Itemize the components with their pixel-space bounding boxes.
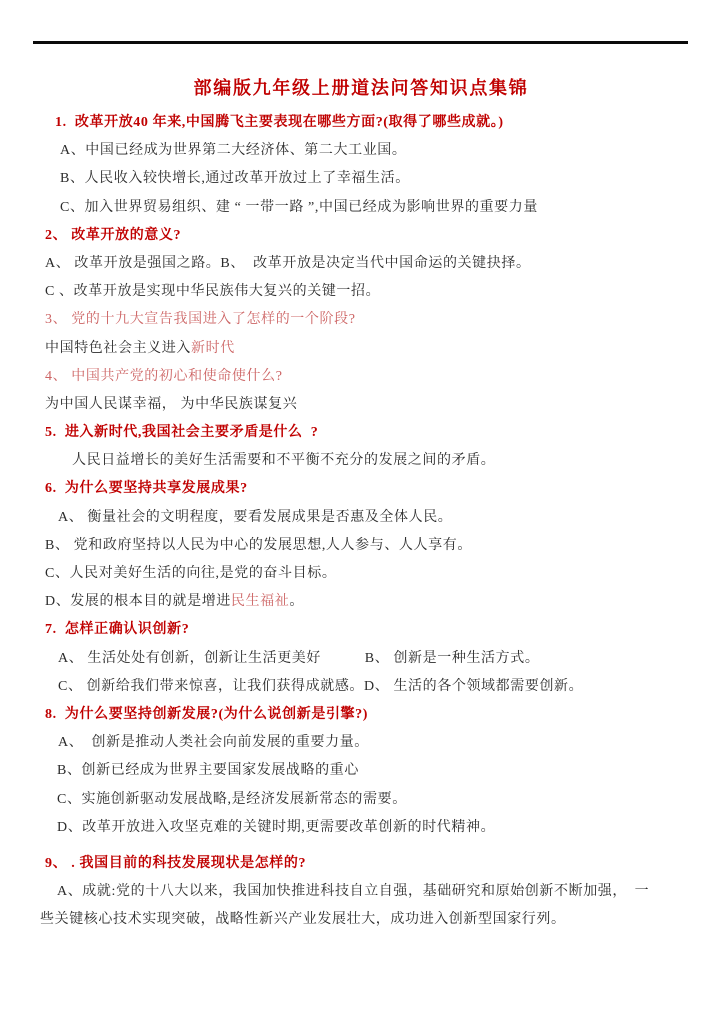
text-run: C、 创新给我们带来惊喜，让我们获得成就感。D、 生活的各个领域都需要创新。 xyxy=(58,679,583,694)
text-run: 8. 为什么要坚持创新发展?(为什么说创新是引擎?) xyxy=(45,707,368,722)
page-title: 部编版九年级上册道法问答知识点集锦 xyxy=(0,74,722,100)
answer-line: B、 党和政府坚持以人民为中心的发展思想,人人参与、人人享有。 xyxy=(0,532,722,560)
text-run: 1. 改革开放40 年来,中国腾飞主要表现在哪些方面?(取得了哪些成就。) xyxy=(55,115,504,130)
answer-line: B、创新已经成为世界主要国家发展战略的重心 xyxy=(0,757,722,785)
text-run: A、成就:党的十八大以来，我国加快推进科技自立自强，基础研究和原始创新不断加强，… xyxy=(57,884,649,899)
text-run: 9、 . 我国目前的科技发展现状是怎样的? xyxy=(45,856,306,871)
answer-line: A、 创新是推动人类社会向前发展的重要力量。 xyxy=(0,729,722,757)
answer-line: A、中国已经成为世界第二大经济体、第二大工业国。 xyxy=(0,137,722,165)
document-body: 1. 改革开放40 年来,中国腾飞主要表现在哪些方面?(取得了哪些成就。)A、中… xyxy=(0,109,722,934)
text-run: C 、改革开放是实现中华民族伟大复兴的关键一招。 xyxy=(45,284,380,299)
answer-line: 中国特色社会主义进入新时代 xyxy=(0,335,722,363)
text-run: C、人民对美好生活的向往,是党的奋斗目标。 xyxy=(45,566,336,581)
text-run: 6. 为什么要坚持共享发展成果? xyxy=(45,481,248,496)
highlight-text: 民生福祉 xyxy=(231,594,289,609)
text-run: B、创新已经成为世界主要国家发展战略的重心 xyxy=(57,763,359,778)
text-run: A、 生活处处有创新，创新让生活更美好 B、 创新是一种生活方式。 xyxy=(58,651,539,666)
text-run: 中国特色社会主义进入 xyxy=(45,341,191,356)
question-heading-light: 4、 中国共产党的初心和使命使什么? xyxy=(0,363,722,391)
answer-line: B、人民收入较快增长,通过改革开放过上了幸福生活。 xyxy=(0,165,722,193)
question-heading-light: 3、 党的十九大宣告我国进入了怎样的一个阶段? xyxy=(0,306,722,334)
answer-line: C、加入世界贸易组织、建 “ 一带一路 ”,中国已经成为影响世界的重要力量 xyxy=(0,194,722,222)
text-run: A、 创新是推动人类社会向前发展的重要力量。 xyxy=(58,735,369,750)
answer-line: D、发展的根本目的就是增进民生福祉。 xyxy=(0,588,722,616)
answer-line: A、 衡量社会的文明程度，要看发展成果是否惠及全体人民。 xyxy=(0,504,722,532)
text-run: 。 xyxy=(289,594,304,609)
answer-line: D、改革开放进入攻坚克难的关键时期,更需要改革创新的时代精神。 xyxy=(0,814,722,842)
question-heading: 7. 怎样正确认识创新? xyxy=(0,616,722,644)
question-heading: 2、 改革开放的意义? xyxy=(0,222,722,250)
answer-line: A、 改革开放是强国之路。B、 改革开放是决定当代中国命运的关键抉择。 xyxy=(0,250,722,278)
highlight-text: 新时代 xyxy=(191,341,235,356)
answer-line: A、成就:党的十八大以来，我国加快推进科技自立自强，基础研究和原始创新不断加强，… xyxy=(0,878,722,906)
text-run: 3、 党的十九大宣告我国进入了怎样的一个阶段? xyxy=(45,312,356,327)
answer-line: 为中国人民谋幸福， 为中华民族谋复兴 xyxy=(0,391,722,419)
answer-line: C、 创新给我们带来惊喜，让我们获得成就感。D、 生活的各个领域都需要创新。 xyxy=(0,673,722,701)
text-run: C、实施创新驱动发展战略,是经济发展新常态的需要。 xyxy=(57,792,407,807)
text-run: C、加入世界贸易组织、建 “ 一带一路 ”,中国已经成为影响世界的重要力量 xyxy=(60,200,538,215)
text-run: 4、 中国共产党的初心和使命使什么? xyxy=(45,369,283,384)
answer-line: 人民日益增长的美好生活需要和不平衡不充分的发展之间的矛盾。 xyxy=(0,447,722,475)
text-run: D、发展的根本目的就是增进 xyxy=(45,594,231,609)
text-run: 5. 进入新时代,我国社会主要矛盾是什么 ? xyxy=(45,425,318,440)
answer-line: A、 生活处处有创新，创新让生活更美好 B、 创新是一种生活方式。 xyxy=(0,645,722,673)
answer-line: 些关键核心技术实现突破，战略性新兴产业发展壮大，成功进入创新型国家行列。 xyxy=(0,906,722,934)
text-run: A、 衡量社会的文明程度，要看发展成果是否惠及全体人民。 xyxy=(58,510,452,525)
text-run: 些关键核心技术实现突破，战略性新兴产业发展壮大，成功进入创新型国家行列。 xyxy=(40,912,566,927)
question-heading: 1. 改革开放40 年来,中国腾飞主要表现在哪些方面?(取得了哪些成就。) xyxy=(0,109,722,137)
text-run: A、中国已经成为世界第二大经济体、第二大工业国。 xyxy=(60,143,407,158)
question-heading: 6. 为什么要坚持共享发展成果? xyxy=(0,475,722,503)
text-run: 2、 改革开放的意义? xyxy=(45,228,181,243)
text-run: 为中国人民谋幸福， 为中华民族谋复兴 xyxy=(45,397,297,412)
answer-line: C、实施创新驱动发展战略,是经济发展新常态的需要。 xyxy=(0,786,722,814)
text-run: A、 改革开放是强国之路。B、 改革开放是决定当代中国命运的关键抉择。 xyxy=(45,256,531,271)
text-run: 人民日益增长的美好生活需要和不平衡不充分的发展之间的矛盾。 xyxy=(72,453,495,468)
question-heading: 5. 进入新时代,我国社会主要矛盾是什么 ? xyxy=(0,419,722,447)
text-run: 7. 怎样正确认识创新? xyxy=(45,622,189,637)
answer-line: C 、改革开放是实现中华民族伟大复兴的关键一招。 xyxy=(0,278,722,306)
text-run: D、改革开放进入攻坚克难的关键时期,更需要改革创新的时代精神。 xyxy=(57,820,495,835)
question-heading: 8. 为什么要坚持创新发展?(为什么说创新是引擎?) xyxy=(0,701,722,729)
header-rule xyxy=(33,41,688,44)
question-heading: 9、 . 我国目前的科技发展现状是怎样的? xyxy=(0,850,722,878)
document-page: 部编版九年级上册道法问答知识点集锦 1. 改革开放40 年来,中国腾飞主要表现在… xyxy=(0,0,722,1024)
text-run: B、 党和政府坚持以人民为中心的发展思想,人人参与、人人享有。 xyxy=(45,538,472,553)
answer-line: C、人民对美好生活的向往,是党的奋斗目标。 xyxy=(0,560,722,588)
text-run: B、人民收入较快增长,通过改革开放过上了幸福生活。 xyxy=(60,171,410,186)
